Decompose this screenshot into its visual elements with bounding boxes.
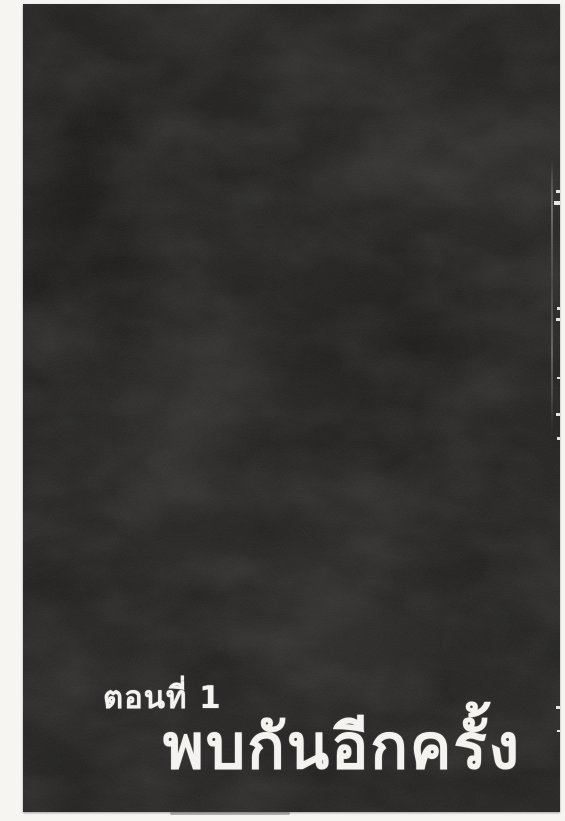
scan-artifact-tick — [556, 706, 560, 709]
scan-artifact-tick — [554, 201, 560, 205]
scan-artifact-tick — [556, 318, 560, 321]
scan-artifact-tick — [557, 307, 560, 310]
scan-artifact-tick — [557, 377, 560, 379]
scan-scratch-line — [551, 159, 553, 434]
scanned-page: ตอนที่ 1 พบกันอีกครั้ง — [0, 0, 565, 821]
scan-artifact-tick — [556, 190, 560, 193]
scan-artifact-tick — [557, 730, 560, 732]
scan-smudge — [170, 812, 290, 815]
chapter-title-text: พบกันอีกครั้ง — [163, 698, 521, 796]
scan-artifact-tick — [556, 413, 560, 416]
scan-artifact-tick — [557, 437, 560, 440]
